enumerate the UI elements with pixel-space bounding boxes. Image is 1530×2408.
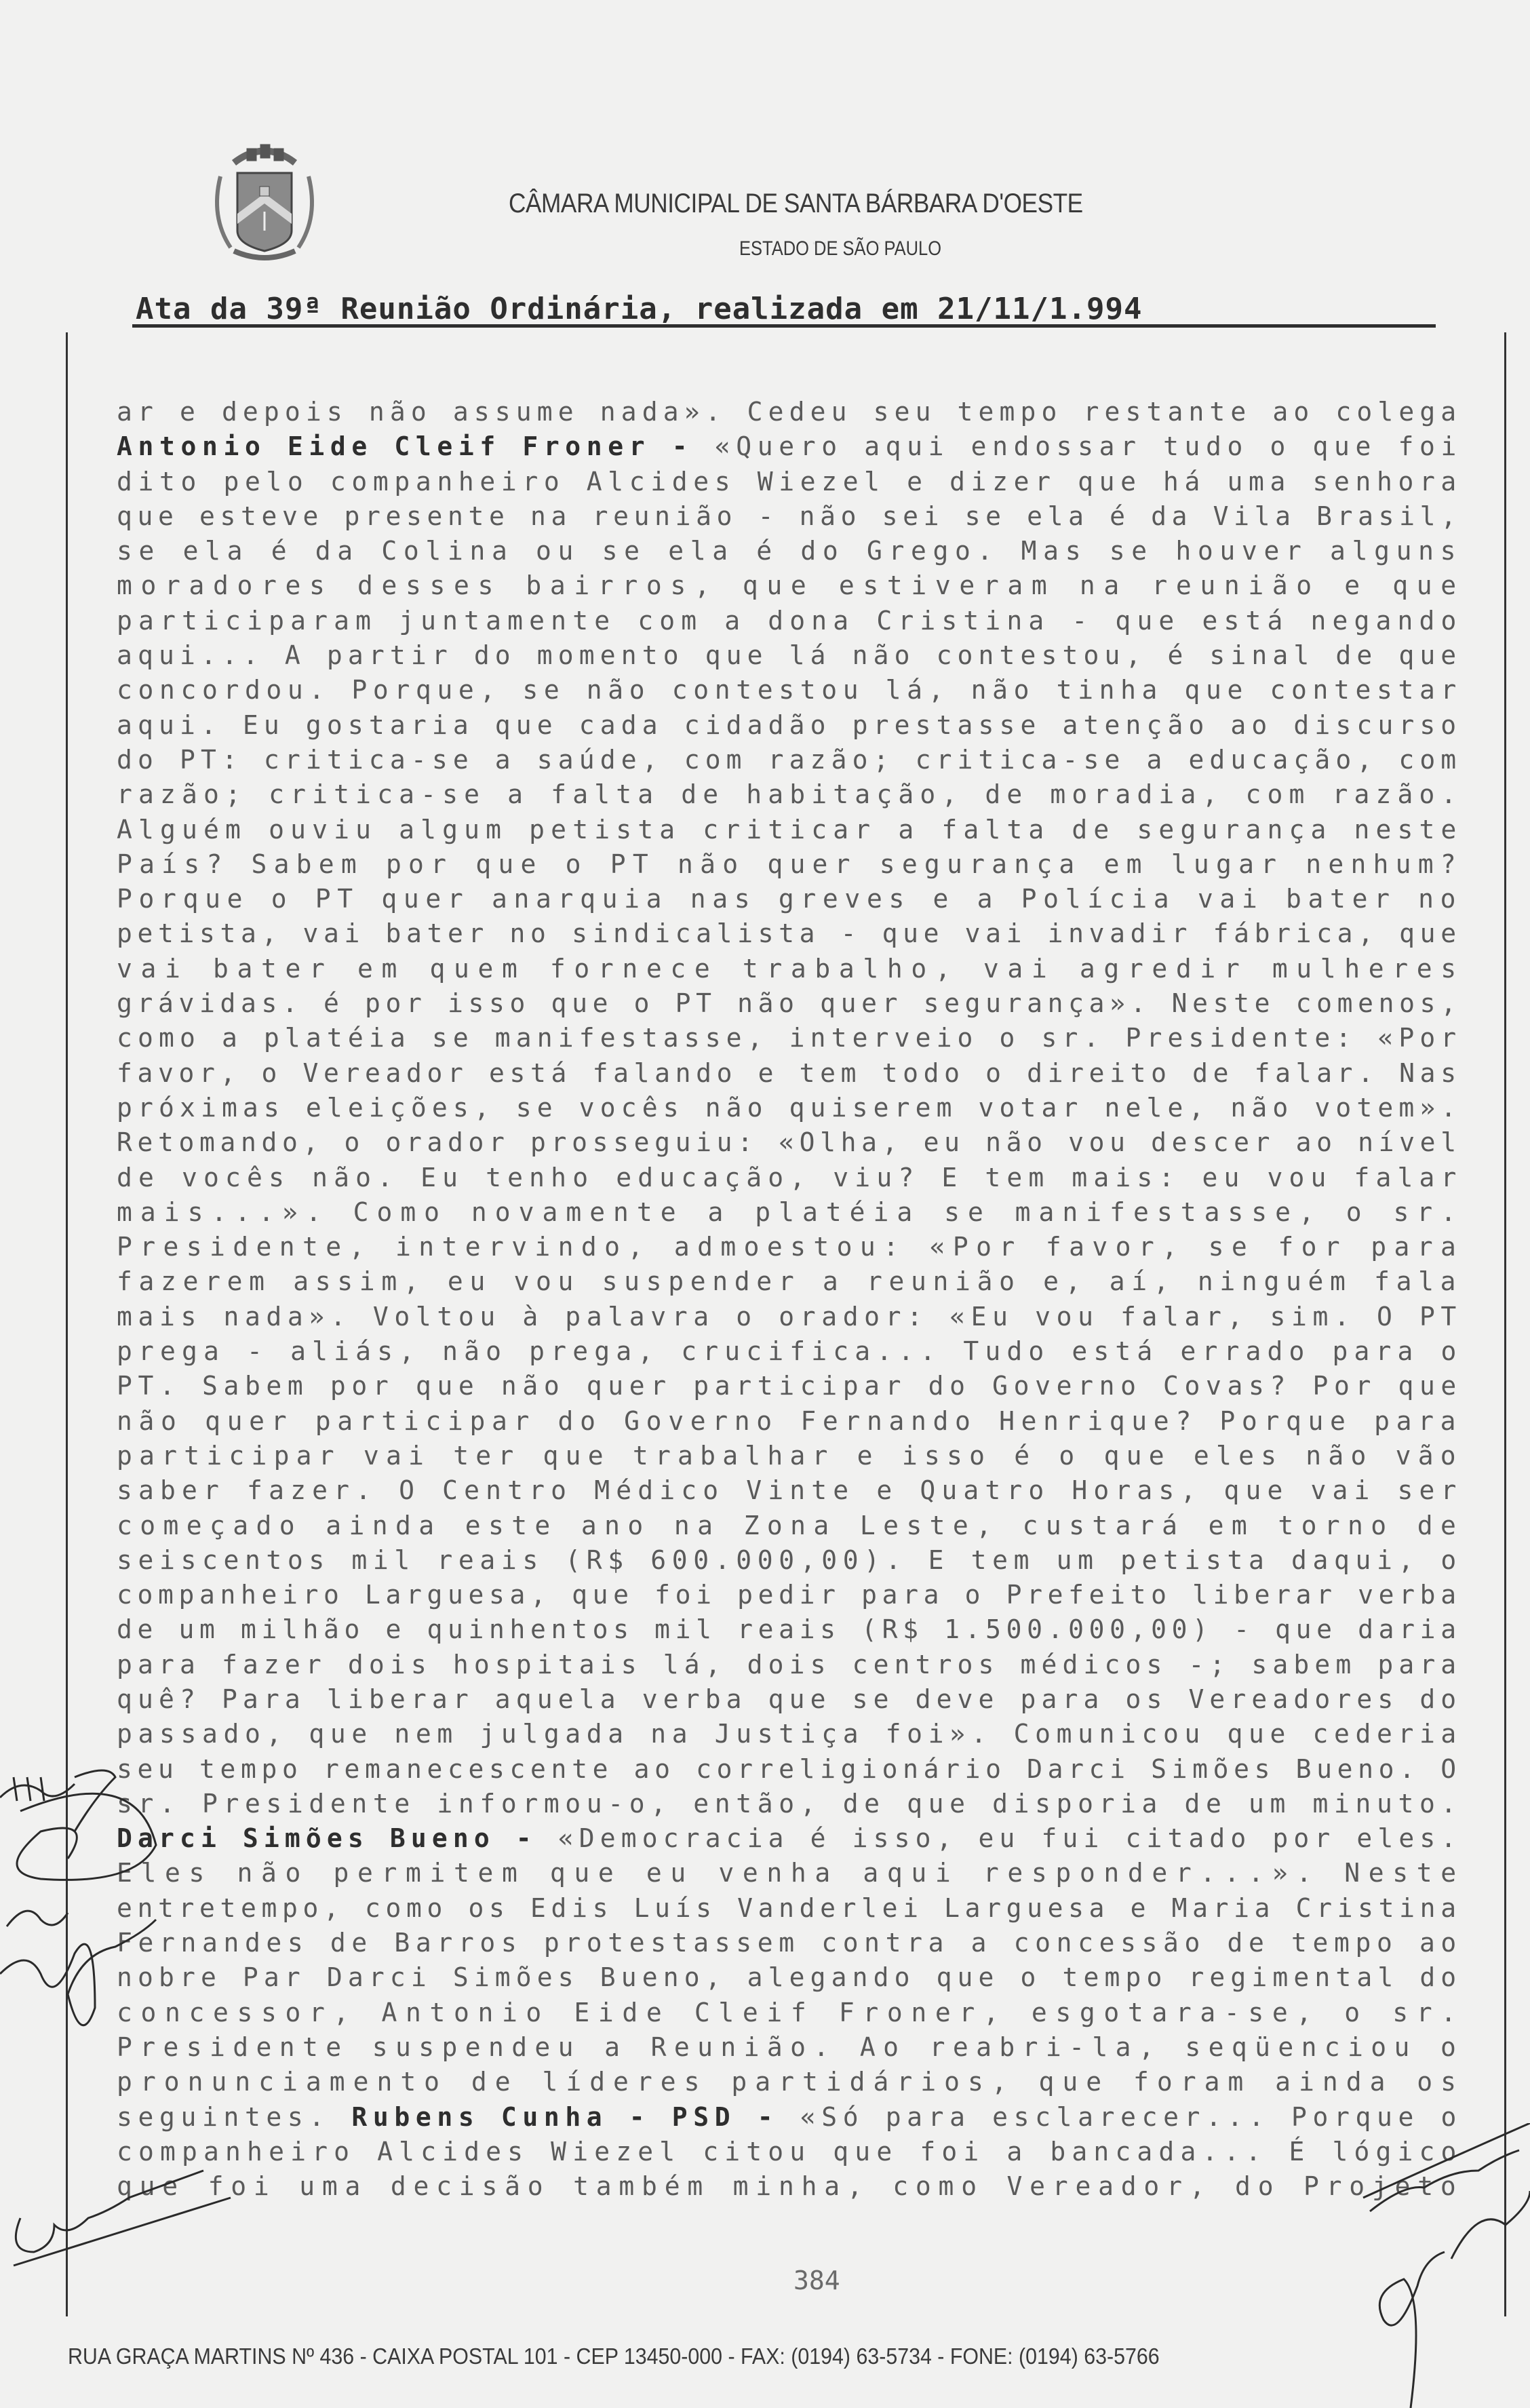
text-line: favor, o Vereador está falando e tem tod… <box>117 1056 1456 1091</box>
minutes-body-text: ar e depois não assume nada». Cedeu seu … <box>117 395 1456 2204</box>
text-line: moradores desses bairros, que estiveram … <box>117 568 1456 603</box>
text-line: petista, vai bater no sindicalista - que… <box>117 916 1456 951</box>
text-line: se ela é da Colina ou se ela é do Grego.… <box>117 534 1456 568</box>
title-underline <box>132 324 1436 328</box>
text-line: Antonio Eide Cleif Froner - «Quero aqui … <box>117 429 1456 464</box>
text-line: aqui... A partir do momento que lá não c… <box>117 638 1456 673</box>
text-line: de vocês não. Eu tenho educação, viu? E … <box>117 1161 1456 1195</box>
text-line: de um milhão e quinhentos mil reais (R$ … <box>117 1612 1456 1647</box>
speaker-name: Antonio Eide Cleif Froner - <box>117 431 693 461</box>
text-line: grávidas. é por isso que o PT não quer s… <box>117 986 1456 1021</box>
text-line: concessor, Antonio Eide Cleif Froner, es… <box>117 1996 1456 2030</box>
text-line: Fernandes de Barros protestassem contra … <box>117 1926 1456 1960</box>
text-line: seiscentos mil reais (R$ 600.000,00). E … <box>117 1543 1456 1578</box>
text-line: Presidente, intervindo, admoestou: «Por … <box>117 1230 1456 1264</box>
text-line: mais nada». Voltou à palavra o orador: «… <box>117 1300 1456 1334</box>
text-line: Eles não permitem que eu venha aqui resp… <box>117 1856 1456 1890</box>
organization-name: CÂMARA MUNICIPAL DE SANTA BÁRBARA D'OEST… <box>509 189 1083 219</box>
text-line: concordou. Porque, se não contestou lá, … <box>117 673 1456 707</box>
text-line: para fazer dois hospitais lá, dois centr… <box>117 1648 1456 1682</box>
margin-rule-right <box>1504 332 1506 2316</box>
text-line: participar vai ter que trabalhar e isso … <box>117 1439 1456 1473</box>
text-line: sr. Presidente informou-o, então, de que… <box>117 1787 1456 1821</box>
text-line: companheiro Larguesa, que foi pedir para… <box>117 1578 1456 1612</box>
margin-rule-left <box>66 332 68 2316</box>
footer-address: RUA GRAÇA MARTINS Nº 436 - CAIXA POSTAL … <box>68 2344 1390 2369</box>
text-line: entretempo, como os Edis Luís Vanderlei … <box>117 1891 1456 1926</box>
text-line: pronunciamento de líderes partidários, q… <box>117 2065 1456 2099</box>
text-line: vai bater em quem fornece trabalho, vai … <box>117 952 1456 986</box>
coat-of-arms-icon <box>207 136 322 271</box>
text-line: fazerem assim, eu vou suspender a reuniã… <box>117 1264 1456 1299</box>
text-line: País? Sabem por que o PT não quer segura… <box>117 847 1456 882</box>
text-line: nobre Par Darci Simões Bueno, alegando q… <box>117 1960 1456 1995</box>
text-line: PT. Sabem por que não quer participar do… <box>117 1369 1456 1403</box>
text-line: participaram juntamente com a dona Crist… <box>117 604 1456 638</box>
text-line: Alguém ouviu algum petista criticar a fa… <box>117 813 1456 847</box>
text-line: prega - aliás, não prega, crucifica... T… <box>117 1334 1456 1369</box>
page-number: 384 <box>793 2266 840 2295</box>
text-line: próximas eleições, se vocês não quiserem… <box>117 1091 1456 1125</box>
text-line: mais...». Como novamente a platéia se ma… <box>117 1195 1456 1230</box>
text-line: quê? Para liberar aquela verba que se de… <box>117 1682 1456 1717</box>
document-title: Ata da 39ª Reunião Ordinária, realizada … <box>136 292 1438 326</box>
text-line: seu tempo remanecescente ao correligioná… <box>117 1752 1456 1787</box>
speaker-name: Darci Simões Bueno - <box>117 1823 537 1853</box>
text-line: como a platéia se manifestasse, intervei… <box>117 1021 1456 1055</box>
text-line: aqui. Eu gostaria que cada cidadão prest… <box>117 708 1456 743</box>
text-line: Darci Simões Bueno - «Democracia é isso,… <box>117 1821 1456 1856</box>
text-line: passado, que nem julgada na Justiça foi»… <box>117 1717 1456 1751</box>
text-line: Retomando, o orador prosseguiu: «Olha, e… <box>117 1125 1456 1160</box>
organization-state: ESTADO DE SÃO PAULO <box>739 237 941 260</box>
document-page: · · · · · · · · CÂMARA MUNICIPAL DE SANT… <box>0 0 1530 2408</box>
text-line: seguintes. Rubens Cunha - PSD - «Só para… <box>117 2100 1456 2135</box>
text-line: não quer participar do Governo Fernando … <box>117 1404 1456 1439</box>
text-line: ar e depois não assume nada». Cedeu seu … <box>117 395 1456 429</box>
speaker-name: Rubens Cunha - PSD - <box>351 2102 779 2132</box>
text-line: razão; critica-se a falta de habitação, … <box>117 777 1456 812</box>
text-line: saber fazer. O Centro Médico Vinte e Qua… <box>117 1473 1456 1508</box>
text-line: que esteve presente na reunião - não sei… <box>117 499 1456 534</box>
text-line: que foi uma decisão também minha, como V… <box>117 2169 1456 2204</box>
text-line: companheiro Alcides Wiezel citou que foi… <box>117 2135 1456 2169</box>
text-line: Presidente suspendeu a Reunião. Ao reabr… <box>117 2030 1456 2065</box>
text-line: do PT: critica-se a saúde, com razão; cr… <box>117 743 1456 777</box>
text-line: Porque o PT quer anarquia nas greves e a… <box>117 882 1456 916</box>
text-line: dito pelo companheiro Alcides Wiezel e d… <box>117 465 1456 499</box>
text-line: começado ainda este ano na Zona Leste, c… <box>117 1509 1456 1543</box>
